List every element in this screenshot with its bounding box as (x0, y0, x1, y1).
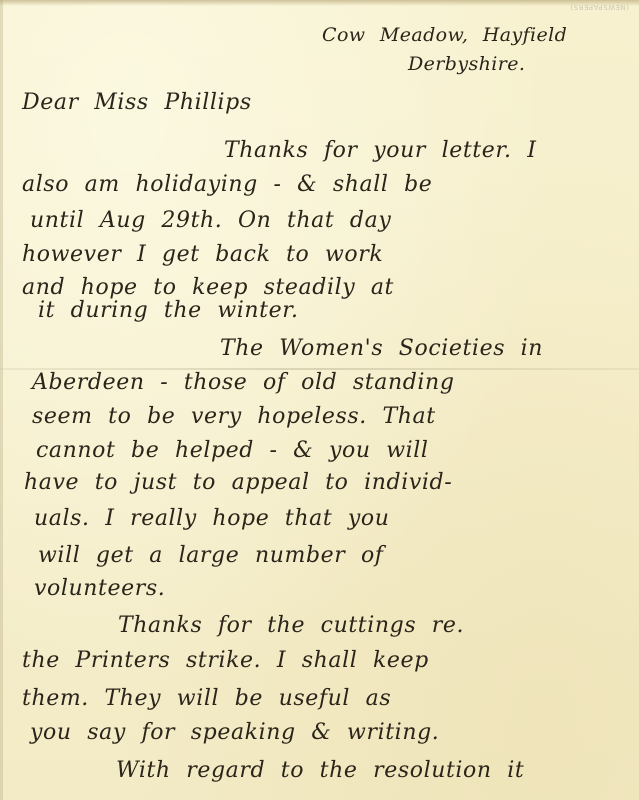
letter-line: and hope to keep steadily at (22, 277, 394, 299)
letter-line: the Printers strike. I shall keep (22, 650, 429, 672)
letter-line: uals. I really hope that you (34, 508, 390, 530)
salutation: Dear Miss Phillips (22, 92, 252, 114)
letter-line: cannot be helped - & you will (36, 440, 429, 462)
address-line-1: Cow Meadow, Hayfield (322, 26, 567, 45)
letter-line: have to just to appeal to individ- (24, 472, 452, 494)
letter-line: you say for speaking & writing. (30, 722, 439, 744)
letter-line: With regard to the resolution it (116, 760, 524, 782)
letter-line: The Women's Societies in (220, 338, 543, 360)
letter-line: them. They will be useful as (22, 688, 391, 710)
paper-top-edge (0, 0, 639, 6)
address-line-2: Derbyshire. (408, 55, 525, 74)
letter-line: Aberdeen - those of old standing (32, 372, 455, 394)
letter-line: however I get back to work (22, 244, 383, 266)
archive-stamp: (NEWSPAPERS) (570, 3, 629, 11)
letter-line: until Aug 29th. On that day (30, 210, 391, 232)
paper-left-edge (0, 0, 3, 800)
letter-line: also am holidaying - & shall be (22, 174, 432, 196)
letter-line: it during the winter. (38, 300, 299, 322)
letter-line: Thanks for the cuttings re. (118, 615, 464, 637)
letter-line: will get a large number of (38, 545, 384, 567)
letter-page: (NEWSPAPERS) Cow Meadow, Hayfield Derbys… (0, 0, 639, 800)
letter-line: seem to be very hopeless. That (32, 406, 436, 428)
letter-line: volunteers. (34, 578, 165, 600)
letter-line: Thanks for your letter. I (224, 140, 537, 162)
